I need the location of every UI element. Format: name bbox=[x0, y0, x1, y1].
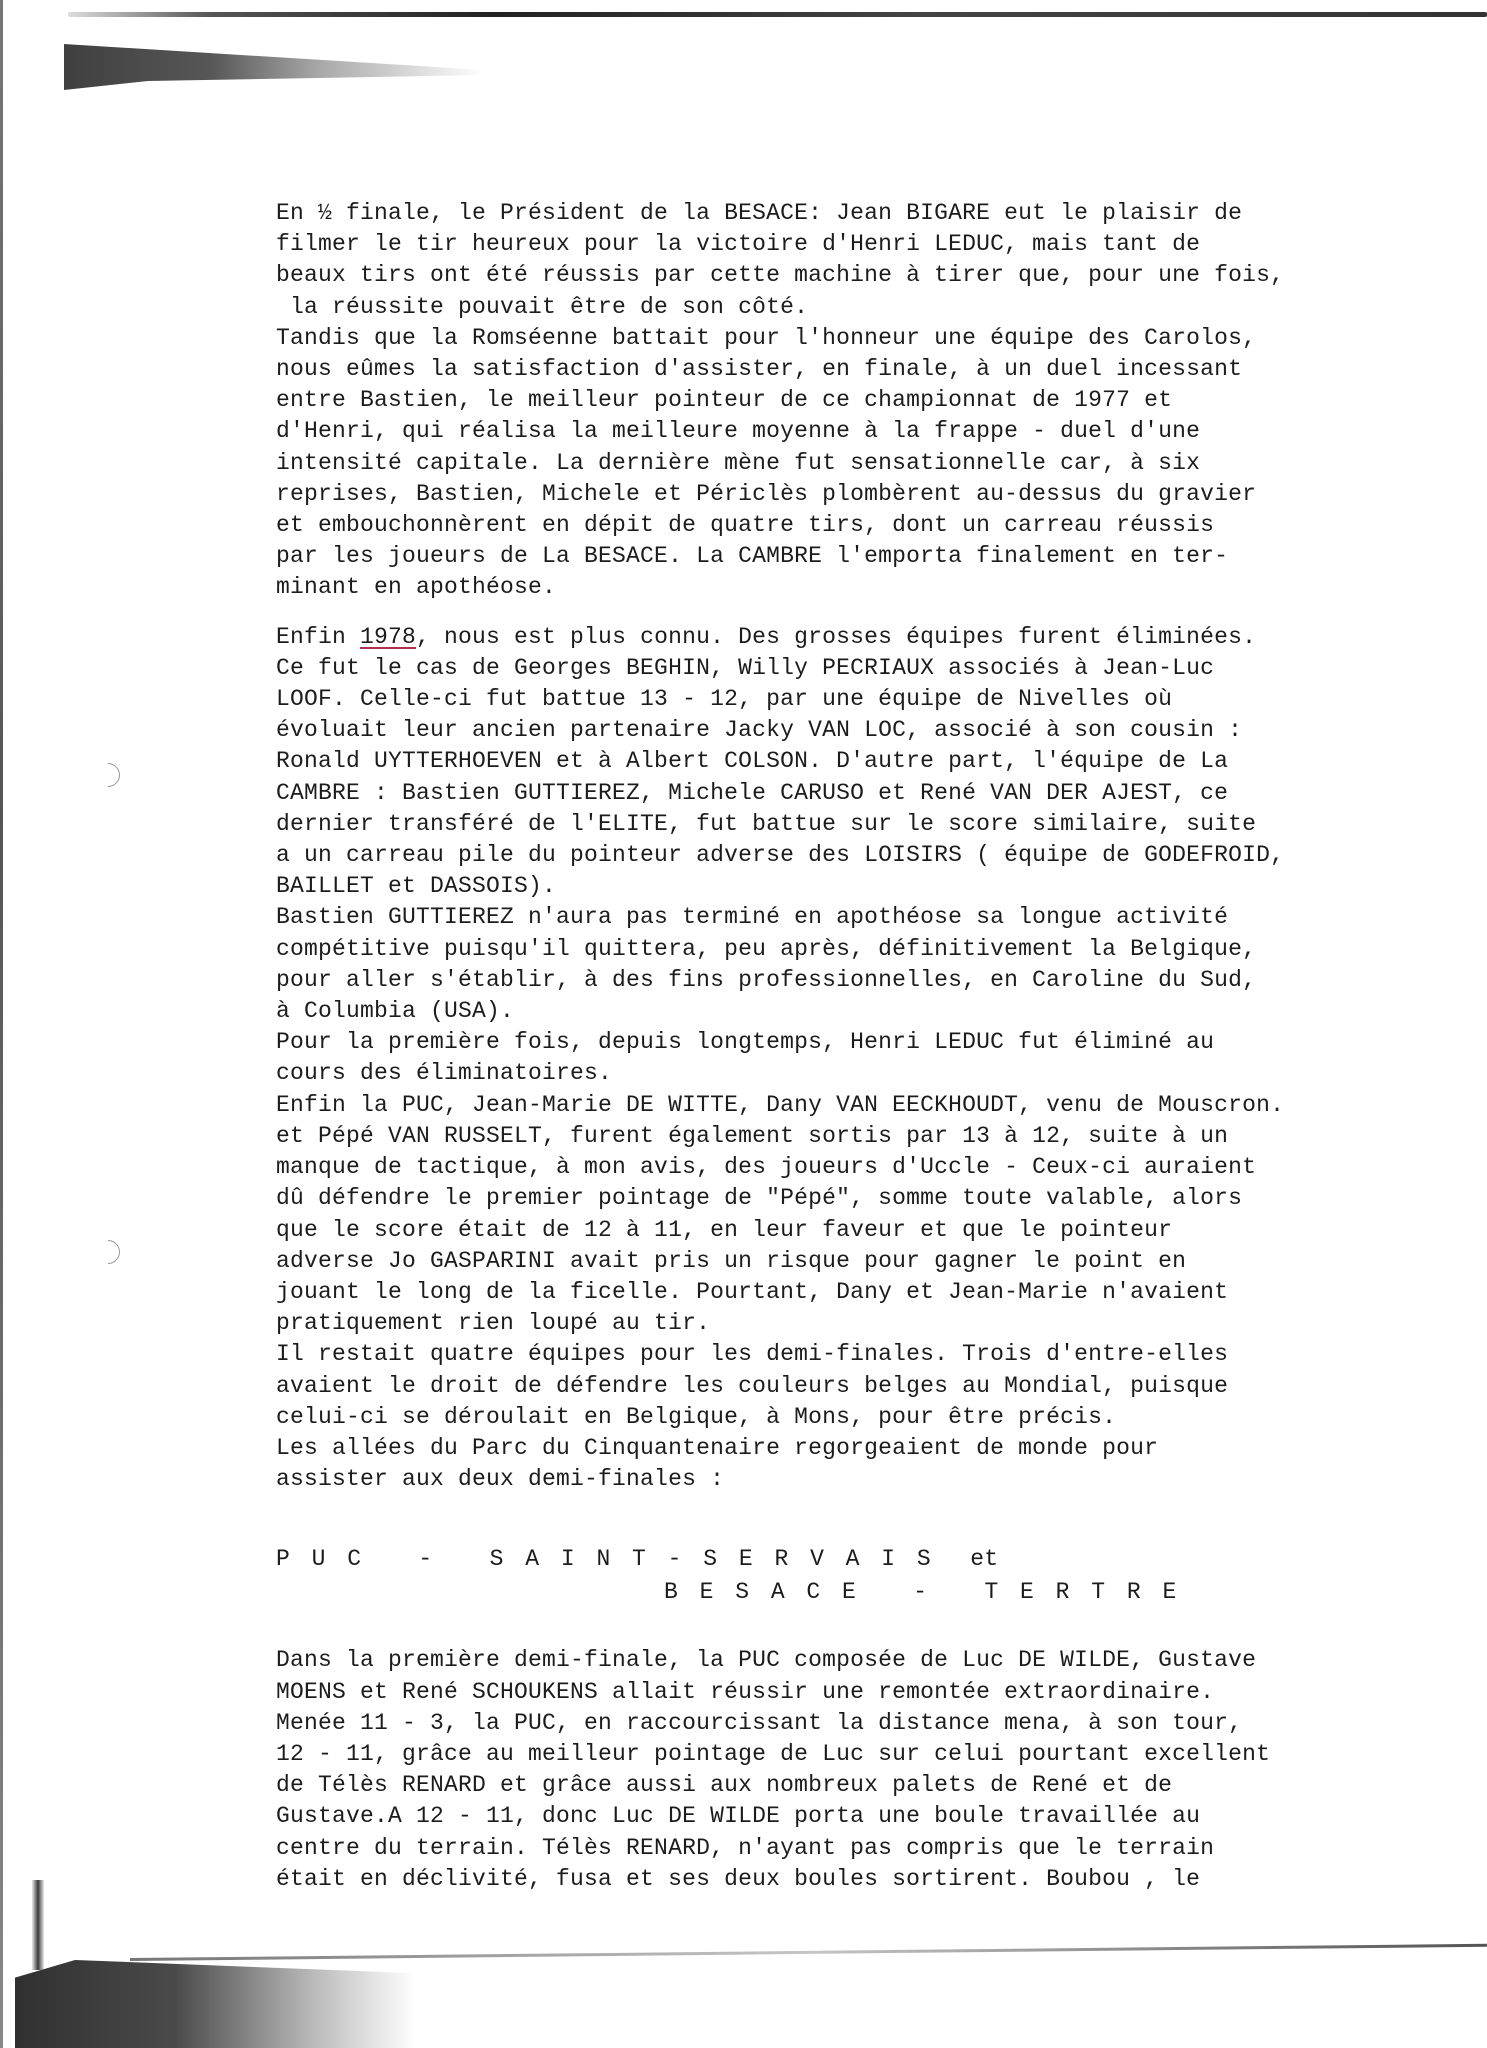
text-line: pratiquement rien loupé au tir. bbox=[276, 1308, 1356, 1339]
text-line: de Télès RENARD et grâce aussi aux nombr… bbox=[276, 1770, 1356, 1801]
text-line: centre du terrain. Télès RENARD, n'ayant… bbox=[276, 1833, 1356, 1864]
text-line: manque de tactique, à mon avis, des joue… bbox=[276, 1152, 1356, 1183]
text-line: à Columbia (USA). bbox=[276, 996, 1356, 1027]
text-line: filmer le tir heureux pour la victoire d… bbox=[276, 229, 1356, 260]
punch-hole-mark bbox=[91, 1235, 125, 1269]
paragraph-semi-final-1977: En ½ finale, le Président de la BESACE: … bbox=[276, 198, 1356, 604]
scan-smear-top bbox=[64, 40, 484, 90]
text-line: Ronald UYTTERHOEVEN et à Albert COLSON. … bbox=[276, 746, 1356, 777]
text-line: dû défendre le premier pointage de "Pépé… bbox=[276, 1183, 1356, 1214]
line-rest: , nous est plus connu. Des grosses équip… bbox=[416, 624, 1256, 650]
text-line: d'Henri, qui réalisa la meilleure moyenn… bbox=[276, 416, 1356, 447]
text-line: avaient le droit de défendre les couleur… bbox=[276, 1371, 1356, 1402]
punch-hole-mark bbox=[91, 758, 125, 792]
text-line: BAILLET et DASSOIS). bbox=[276, 871, 1356, 902]
text-line: la réussite pouvait être de son côté. bbox=[276, 292, 1356, 323]
text-line: a un carreau pile du pointeur adverse de… bbox=[276, 840, 1356, 871]
text-line: cours des éliminatoires. bbox=[276, 1058, 1356, 1089]
matchup-puc-saint-servais: P U C - S A I N T - S E R V A I S bbox=[276, 1546, 970, 1572]
text-line: Bastien GUTTIEREZ n'aura pas terminé en … bbox=[276, 902, 1356, 933]
matchup-conjunction: et bbox=[970, 1546, 998, 1572]
text-line: En ½ finale, le Président de la BESACE: … bbox=[276, 198, 1356, 229]
text-line: par les joueurs de La BESACE. La CAMBRE … bbox=[276, 541, 1356, 572]
text-line: compétitive puisqu'il quittera, peu aprè… bbox=[276, 934, 1356, 965]
text-line: entre Bastien, le meilleur pointeur de c… bbox=[276, 385, 1356, 416]
text-line: assister aux deux demi-finales : bbox=[276, 1464, 1356, 1495]
text-line: 12 - 11, grâce au meilleur pointage de L… bbox=[276, 1739, 1356, 1770]
semi-final-matchups-heading: P U C - S A I N T - S E R V A I S et B E… bbox=[276, 1543, 1356, 1609]
text-line: reprises, Bastien, Michele et Périclès p… bbox=[276, 479, 1356, 510]
text-line: évoluait leur ancien partenaire Jacky VA… bbox=[276, 715, 1356, 746]
scan-edge-top bbox=[68, 12, 1487, 17]
text-line: Dans la première demi-finale, la PUC com… bbox=[276, 1645, 1356, 1676]
matchup-line-1: P U C - S A I N T - S E R V A I S et bbox=[276, 1543, 1356, 1576]
text-line: Il restait quatre équipes pour les demi-… bbox=[276, 1339, 1356, 1370]
text-line: Menée 11 - 3, la PUC, en raccourcissant … bbox=[276, 1708, 1356, 1739]
text-line: et Pépé VAN RUSSELT, furent également so… bbox=[276, 1121, 1356, 1152]
scan-edge-bottom-vertical bbox=[32, 1880, 44, 1970]
paragraph-year-1978: Enfin 1978, nous est plus connu. Des gro… bbox=[276, 622, 1356, 1496]
text-line: nous eûmes la satisfaction d'assister, e… bbox=[276, 354, 1356, 385]
text-line: Tandis que la Romséenne battait pour l'h… bbox=[276, 323, 1356, 354]
text-line: MOENS et René SCHOUKENS allait réussir u… bbox=[276, 1677, 1356, 1708]
text-line: adverse Jo GASPARINI avait pris un risqu… bbox=[276, 1246, 1356, 1277]
text-line: minant en apothéose. bbox=[276, 572, 1356, 603]
underlined-year: 1978 bbox=[360, 624, 416, 650]
line-prefix: Enfin bbox=[276, 624, 360, 650]
text-line: intensité capitale. La dernière mène fut… bbox=[276, 448, 1356, 479]
text-line: dernier transféré de l'ELITE, fut battue… bbox=[276, 809, 1356, 840]
text-line: que le score était de 12 à 11, en leur f… bbox=[276, 1215, 1356, 1246]
paragraph-first-semi-final: Dans la première demi-finale, la PUC com… bbox=[276, 1645, 1356, 1895]
text-line: Ce fut le cas de Georges BEGHIN, Willy P… bbox=[276, 653, 1356, 684]
text-line: Les allées du Parc du Cinquantenaire reg… bbox=[276, 1433, 1356, 1464]
text-line: Gustave.A 12 - 11, donc Luc DE WILDE por… bbox=[276, 1801, 1356, 1832]
scan-edge-left bbox=[0, 0, 3, 2048]
typewritten-page: En ½ finale, le Président de la BESACE: … bbox=[276, 198, 1356, 1895]
text-line: CAMBRE : Bastien GUTTIEREZ, Michele CARU… bbox=[276, 778, 1356, 809]
scan-smear-bottom bbox=[15, 1960, 415, 2048]
paragraph-first-line: Enfin 1978, nous est plus connu. Des gro… bbox=[276, 622, 1356, 653]
text-line: Pour la première fois, depuis longtemps,… bbox=[276, 1027, 1356, 1058]
text-line: beaux tirs ont été réussis par cette mac… bbox=[276, 260, 1356, 291]
paragraph-body: Ce fut le cas de Georges BEGHIN, Willy P… bbox=[276, 653, 1356, 1495]
text-line: Enfin la PUC, Jean-Marie DE WITTE, Dany … bbox=[276, 1090, 1356, 1121]
text-line: et embouchonnèrent en dépit de quatre ti… bbox=[276, 510, 1356, 541]
matchup-besace-tertre: B E S A C E - T E R T R E bbox=[664, 1579, 1216, 1605]
text-line: celui-ci se déroulait en Belgique, à Mon… bbox=[276, 1402, 1356, 1433]
text-line: LOOF. Celle-ci fut battue 13 - 12, par u… bbox=[276, 684, 1356, 715]
matchup-line-2: B E S A C E - T E R T R E bbox=[276, 1576, 1356, 1609]
text-line: jouant le long de la ficelle. Pourtant, … bbox=[276, 1277, 1356, 1308]
scan-edge-bottom bbox=[130, 1944, 1487, 1961]
text-line: était en déclivité, fusa et ses deux bou… bbox=[276, 1864, 1356, 1895]
text-line: pour aller s'établir, à des fins profess… bbox=[276, 965, 1356, 996]
